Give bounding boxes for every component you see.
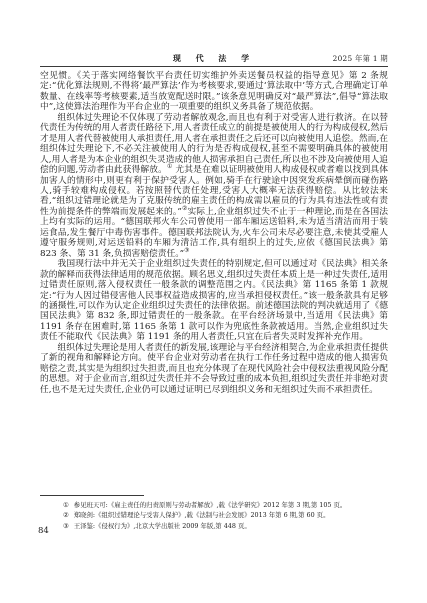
header-rule xyxy=(40,66,388,67)
page-number: 84 xyxy=(38,526,49,536)
footnote-text: 郑晓剑:《组织过错理论与受害人保护》,载《法制与社会发展》2013 年第 6 期… xyxy=(74,510,388,520)
journal-title: 现 代 法 学 xyxy=(173,53,255,63)
footnotes-block: ① 参见班天可:《雇主责任的归责原则与劳动者解放》,载《法学研究》2012 年第… xyxy=(63,500,388,531)
issue-label: 2025 年第 1 期 xyxy=(333,54,388,64)
body-paragraph: 空见惯。《关于落实网络餐饮平台责任切实维护外卖送餐员权益的指导意见》第 2 条规… xyxy=(40,71,388,113)
footnote-text: 王泽鉴:《侵权行为》,北京大学出版社 2009 年版,第 448 页。 xyxy=(74,521,388,531)
footnote-ref: ② xyxy=(182,205,188,212)
footnote-marker: ② xyxy=(63,510,69,520)
body-paragraph: 我国现行法中并无关于企业组织过失责任的特别规定,但可以通过对《民法典》相关条款的… xyxy=(40,259,388,343)
footnote-item: ② 郑晓剑:《组织过错理论与受害人保护》,载《法制与社会发展》2013 年第 6… xyxy=(63,510,388,520)
footnote-separator xyxy=(40,495,144,496)
footnote-item: ③ 王泽鉴:《侵权行为》,北京大学出版社 2009 年版,第 448 页。 xyxy=(63,521,388,531)
footnote-marker: ① xyxy=(63,500,69,510)
footnote-ref: ① xyxy=(167,163,173,170)
footnote-ref: ③ xyxy=(184,247,189,254)
footnote-item: ① 参见班天可:《雇主责任的归责原则与劳动者解放》,载《法学研究》2012 年第… xyxy=(63,500,388,510)
body-paragraph: 组织体过失理论是用人者责任的新发展,该理论与平台经济相契合,为企业承担责任提供了… xyxy=(40,343,388,395)
footnote-marker: ③ xyxy=(63,521,69,531)
footnote-text: 参见班天可:《雇主责任的归责原则与劳动者解放》,载《法学研究》2012 年第 3… xyxy=(74,500,388,510)
body-paragraph: 组织体过失理论不仅体现了劳动者解放观念,而且也有利于对受害人进行救济。在以替代责… xyxy=(40,113,388,259)
journal-page: 现 代 法 学 2025 年第 1 期 空见惯。《关于落实网络餐饮平台责任切实维… xyxy=(0,0,427,603)
page-header: 现 代 法 学 2025 年第 1 期 xyxy=(40,53,388,65)
article-body: 空见惯。《关于落实网络餐饮平台责任切实维护外卖送餐员权益的指导意见》第 2 条规… xyxy=(40,71,388,395)
